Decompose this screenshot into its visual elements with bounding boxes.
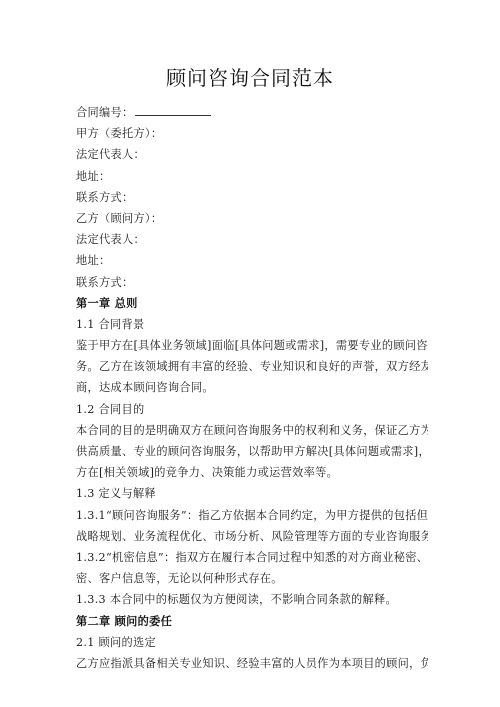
party-b-address: 地址：	[76, 250, 428, 271]
party-b-contact: 联系方式：	[76, 272, 428, 293]
party-b-representative: 法定代表人：	[76, 229, 428, 250]
contract-number-blank	[135, 105, 211, 116]
contract-number-label: 合同编号：	[76, 106, 133, 119]
section-1-1-text: 鉴于甲方在[具体业务领域]面临[具体问题或需求]，需要专业的顾问咨询服	[76, 335, 428, 356]
contract-number-field: 合同编号：	[76, 102, 428, 123]
section-1-3-1-text: 战略规划、业务流程优化、市场分析、风险管理等方面的专业咨询服务。	[76, 526, 428, 547]
party-a-address: 地址：	[76, 166, 428, 187]
section-1-2-text: 方在[相关领域]的竞争力、决策能力或运营效率等。	[76, 462, 428, 483]
party-a-contact: 联系方式：	[76, 187, 428, 208]
section-1-1-heading: 1.1 合同背景	[76, 314, 428, 335]
party-b-label: 乙方（顾问方）：	[76, 208, 428, 229]
section-1-3-2-text: 密、客户信息等，无论以何种形式存在。	[76, 568, 428, 589]
section-2-1-heading: 2.1 顾问的选定	[76, 632, 428, 653]
party-a-label: 甲方（委托方）：	[76, 123, 428, 144]
chapter-1-heading: 第一章 总则	[76, 293, 428, 314]
chapter-2-heading: 第二章 顾问的委任	[76, 611, 428, 632]
section-2-1-text: 乙方应指派具备相关专业知识、经验丰富的人员作为本项目的顾问，负责向甲	[76, 653, 428, 674]
section-1-3-2-text: 1.3.2“机密信息”：指双方在履行本合同过程中知悉的对方商业秘密、技术秘	[76, 547, 428, 568]
document-body: 合同编号： 甲方（委托方）： 法定代表人： 地址： 联系方式： 乙方（顾问方）：…	[76, 102, 428, 674]
party-a-representative: 法定代表人：	[76, 144, 428, 165]
section-1-3-heading: 1.3 定义与解释	[76, 483, 428, 504]
section-1-2-text: 供高质量、专业的顾问咨询服务，以帮助甲方解决[具体问题或需求]，提升甲	[76, 441, 428, 462]
section-1-3-3-text: 1.3.3 本合同中的标题仅为方便阅读，不影响合同条款的解释。	[76, 589, 428, 610]
section-1-1-text: 务。乙方在该领域拥有丰富的经验、专业知识和良好的声誉，双方经友好协	[76, 356, 428, 377]
section-1-3-1-text: 1.3.1“顾问咨询服务”：指乙方依据本合同约定，为甲方提供的包括但不限于	[76, 505, 428, 526]
section-1-1-text: 商，达成本顾问咨询合同。	[76, 377, 428, 398]
section-1-2-text: 本合同的目的是明确双方在顾问咨询服务中的权利和义务，保证乙方为甲方提	[76, 420, 428, 441]
section-1-2-heading: 1.2 合同目的	[76, 399, 428, 420]
document-title: 顾问咨询合同范本	[0, 62, 500, 91]
